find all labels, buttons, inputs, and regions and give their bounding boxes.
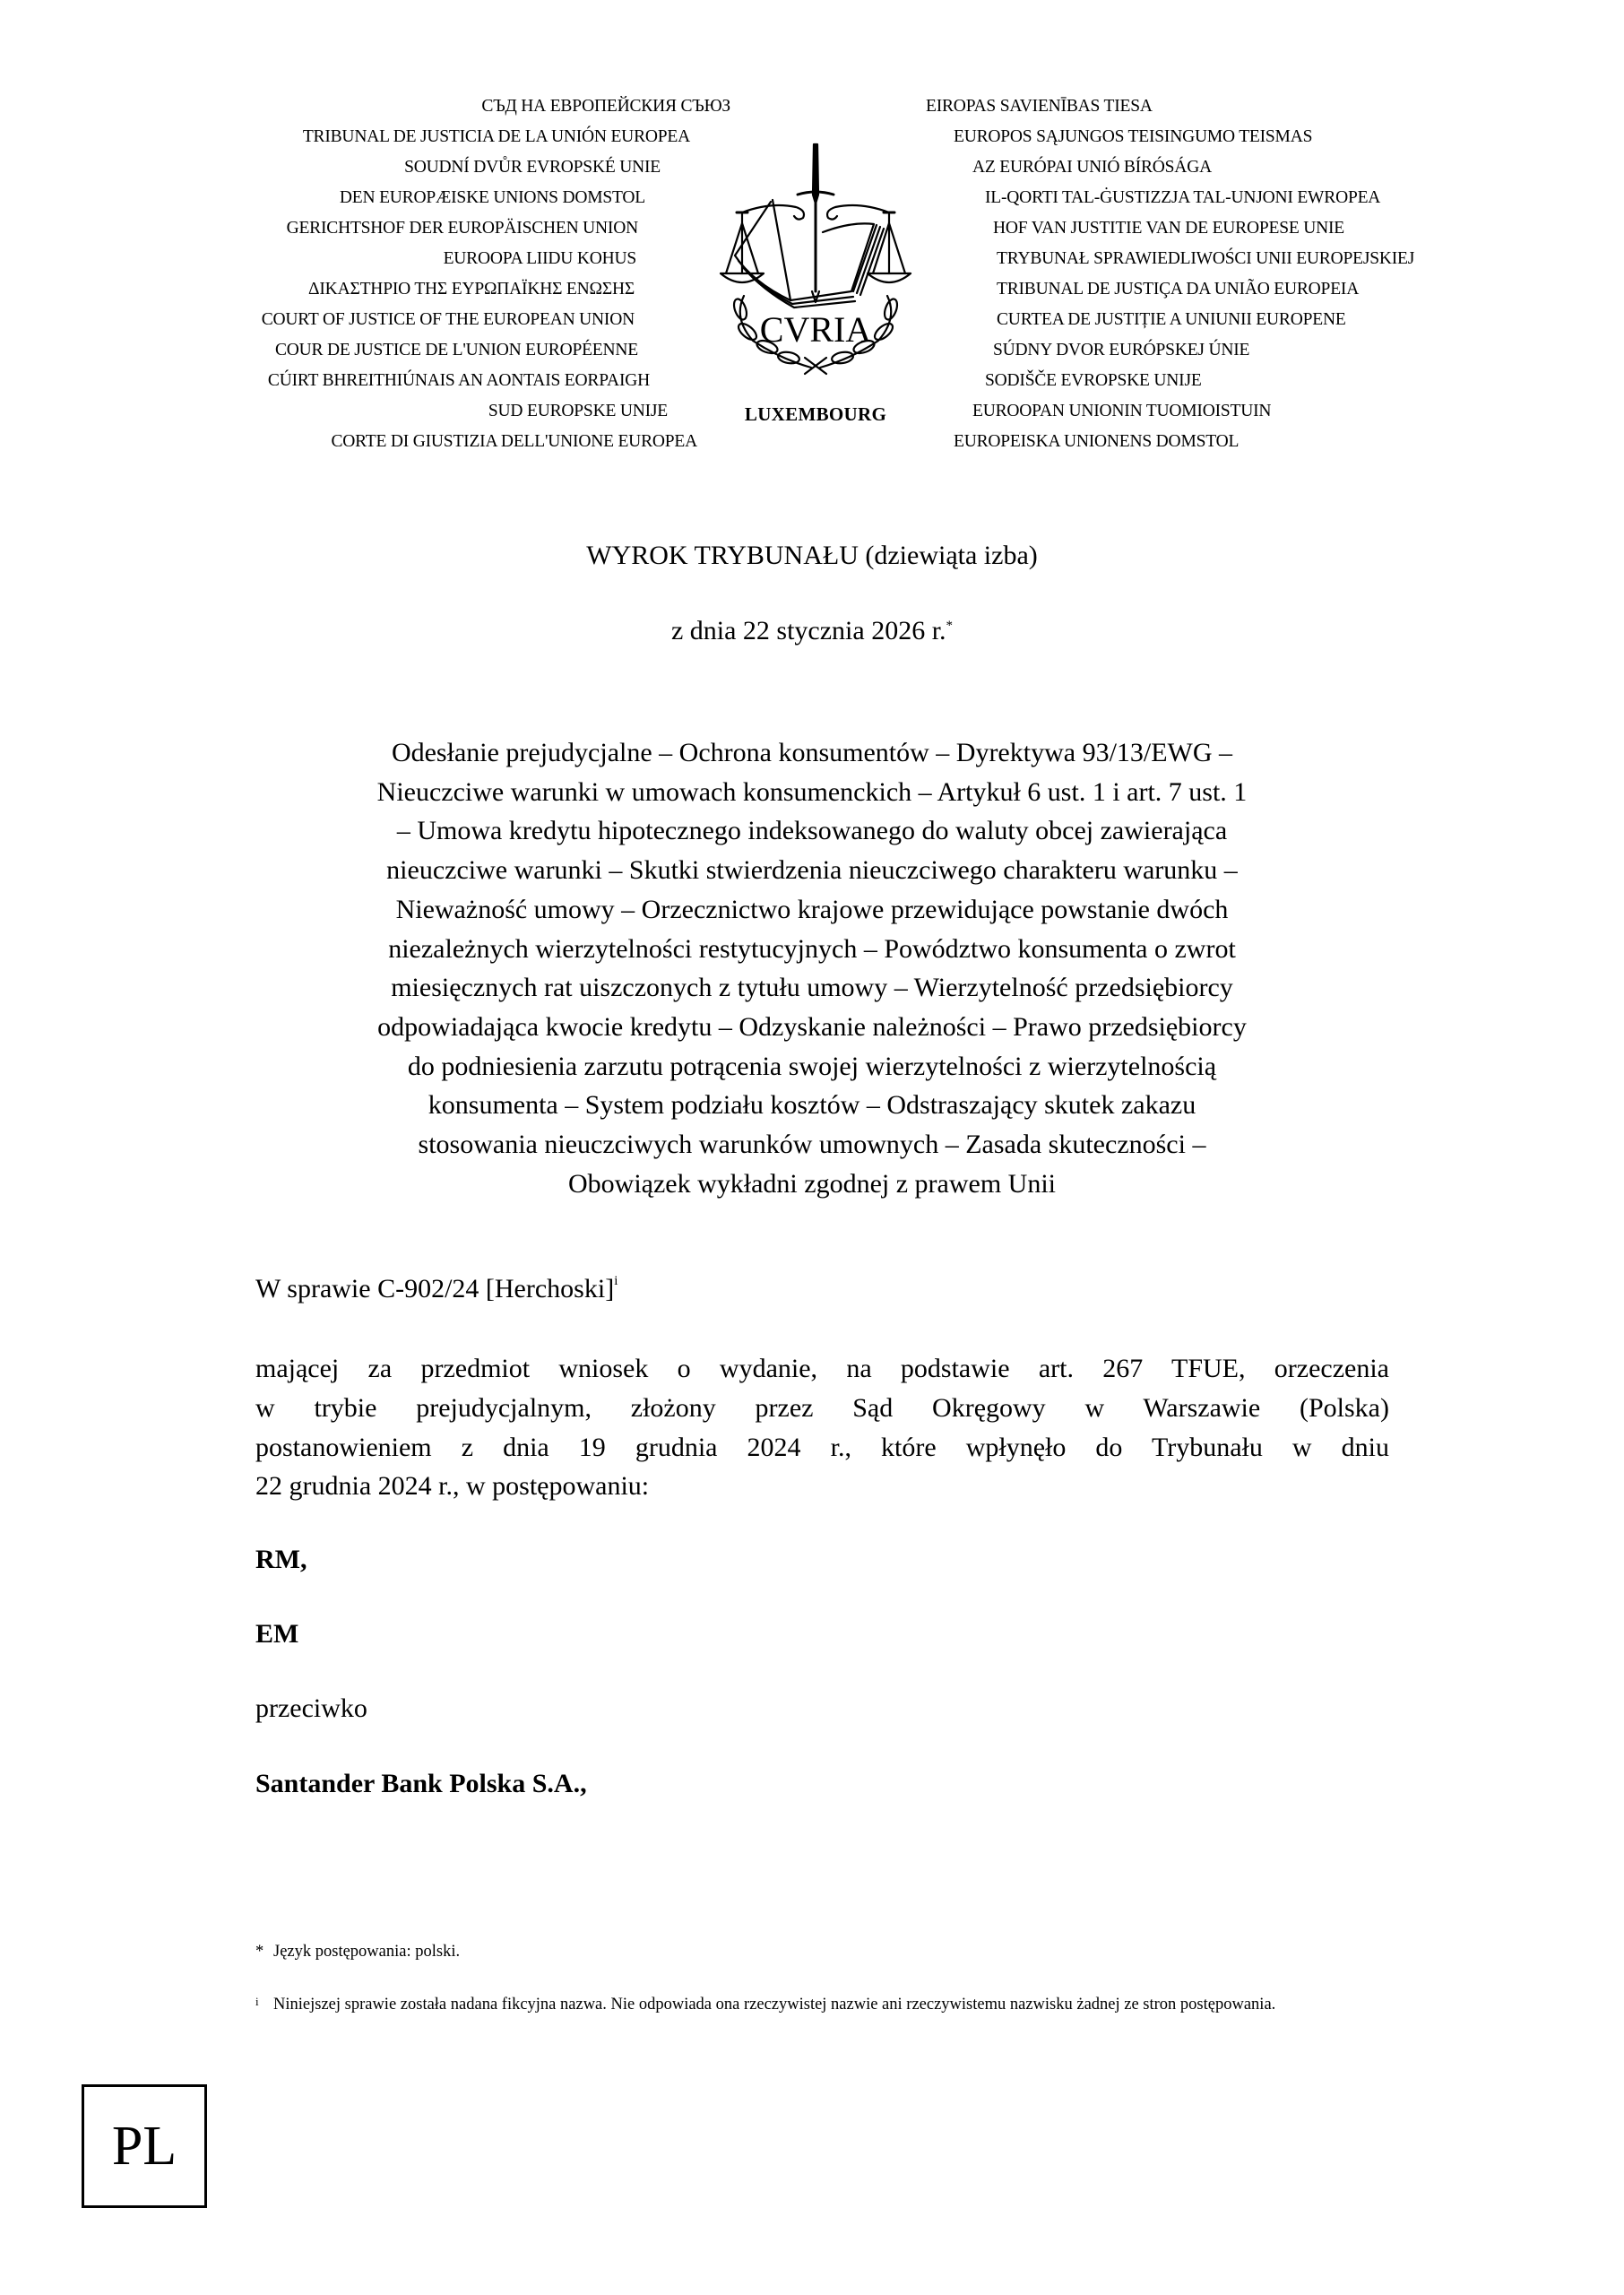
language-code: PL [112, 2115, 177, 2178]
defendant: Santander Bank Polska S.A., [255, 1768, 587, 1800]
court-name: HOF VAN JUSTITIE VAN DE EUROPESE UNIE [993, 219, 1344, 238]
applicant-2: EM [255, 1618, 298, 1650]
footnote-fictitious-name: i Niniejszej sprawie została nadana fikc… [255, 1994, 1389, 2016]
versus-label: przeciwko [255, 1693, 367, 1725]
summary-line: konsumenta – System podziału kosztów – O… [247, 1086, 1377, 1125]
footnote-language: *Język postępowania: polski. [255, 1941, 460, 1963]
court-name: AZ EURÓPAI UNIÓ BÍRÓSÁGA [972, 158, 1212, 178]
summary-line: miesięcznych rat uiszczonych z tytułu um… [247, 968, 1377, 1008]
summary-line: do podniesienia zarzutu potrącenia swoje… [247, 1047, 1377, 1087]
court-name: TRYBUNAŁ SPRAWIEDLIWOŚCI UNII EUROPEJSKI… [997, 249, 1414, 269]
case-number: W sprawie C-902/24 [Herchoski] [255, 1274, 614, 1303]
court-name: SÚDNY DVOR EURÓPSKEJ ÚNIE [993, 341, 1249, 360]
court-name: ΔΙΚΑΣΤΗΡΙΟ ΤΗΣ ΕΥΡΩΠΑΪΚΗΣ ΕΝΩΣΗΣ [308, 280, 635, 299]
court-name: DEN EUROPÆISKE UNIONS DOMSTOL [340, 188, 645, 208]
cvria-emblem-icon: CVRIA [717, 139, 914, 377]
reference-paragraph: mającej za przedmiot wniosek o wydanie, … [255, 1349, 1389, 1506]
court-name: CÚIRT BHREITHIÚNAIS AN AONTAIS EORPAIGH [268, 371, 650, 391]
footnote-mark: * [255, 1941, 273, 1963]
court-name: SUD EUROPSKE UNIJE [488, 402, 668, 421]
judgment-date-text: z dnia 22 stycznia 2026 r. [671, 616, 946, 645]
judgment-date: z dnia 22 stycznia 2026 r.* [0, 610, 1624, 647]
summary-line: nieuczciwe warunki – Skutki stwierdzenia… [247, 851, 1377, 890]
court-name: COURT OF JUSTICE OF THE EUROPEAN UNION [262, 310, 635, 330]
summary-line: Odesłanie prejudycjalne – Ochrona konsum… [247, 733, 1377, 773]
court-name: EUROOPAN UNIONIN TUOMIOISTUIN [972, 402, 1271, 421]
summary-line: – Umowa kredytu hipotecznego indeksowane… [247, 811, 1377, 851]
court-name: TRIBUNAL DE JUSTICIA DE LA UNIÓN EUROPEA [303, 127, 690, 147]
court-name: GERICHTSHOF DER EUROPÄISCHEN UNION [287, 219, 638, 238]
summary-line: odpowiadająca kwocie kredytu – Odzyskani… [247, 1008, 1377, 1047]
court-name: EUROOPA LIIDU KOHUS [444, 249, 636, 269]
paragraph-line: mającej za przedmiot wniosek o wydanie, … [255, 1349, 1389, 1389]
summary-line: Nieważność umowy – Orzecznictwo krajowe … [247, 890, 1377, 930]
judgment-title: WYROK TRYBUNAŁU (dziewiąta izba) [0, 540, 1624, 572]
court-name: CORTE DI GIUSTIZIA DELL'UNIONE EUROPEA [331, 432, 697, 452]
paragraph-line: w trybie prejudycjalnym, złożony przez S… [255, 1389, 1389, 1428]
court-name: EIROPAS SAVIENĪBAS TIESA [926, 97, 1153, 117]
paragraph-line: postanowieniem z dnia 19 grudnia 2024 r.… [255, 1428, 1389, 1468]
paragraph-line: 22 grudnia 2024 r., w postępowaniu: [255, 1467, 1389, 1506]
footnote-text: Język postępowania: polski. [273, 1943, 460, 1961]
court-name: TRIBUNAL DE JUSTIÇA DA UNIÃO EUROPEIA [997, 280, 1359, 299]
court-name: EUROPOS SĄJUNGOS TEISINGUMO TEISMAS [954, 127, 1312, 147]
footnote-ref-asterisk[interactable]: * [946, 619, 954, 633]
court-name: COUR DE JUSTICE DE L'UNION EUROPÉENNE [275, 341, 638, 360]
emblem-text: CVRIA [760, 309, 872, 350]
city-label: LUXEMBOURG [717, 403, 914, 426]
summary-keywords: Odesłanie prejudycjalne – Ochrona konsum… [247, 733, 1377, 1203]
summary-line: niezależnych wierzytelności restytucyjny… [247, 930, 1377, 969]
court-name: SODIŠČE EVROPSKE UNIJE [985, 371, 1202, 391]
applicant-1: RM, [255, 1544, 307, 1576]
footnote-text: Niniejszej sprawie została nadana fikcyj… [273, 1994, 1389, 2016]
summary-line: Obowiązek wykładni zgodnej z prawem Unii [247, 1165, 1377, 1204]
footnote-mark: i [255, 1994, 273, 2016]
court-name: IL-QORTI TAL-ĠUSTIZZJA TAL-UNJONI EWROPE… [985, 188, 1380, 208]
case-reference: W sprawie C-902/24 [Herchoski]i [255, 1273, 618, 1305]
court-name: СЪД НА ЕВРОПЕЙСКИЯ СЪЮЗ [481, 97, 730, 117]
summary-line: Nieuczciwe warunki w umowach konsumencki… [247, 773, 1377, 812]
summary-line: stosowania nieuczciwych warunków umownyc… [247, 1125, 1377, 1165]
language-code-box: PL [82, 2084, 207, 2208]
court-name: EUROPEISKA UNIONENS DOMSTOL [954, 432, 1239, 452]
footnote-ref-i[interactable]: i [614, 1274, 618, 1288]
court-name: CURTEA DE JUSTIȚIE A UNIUNII EUROPENE [997, 310, 1346, 330]
court-name: SOUDNÍ DVŮR EVROPSKÉ UNIE [404, 158, 661, 178]
